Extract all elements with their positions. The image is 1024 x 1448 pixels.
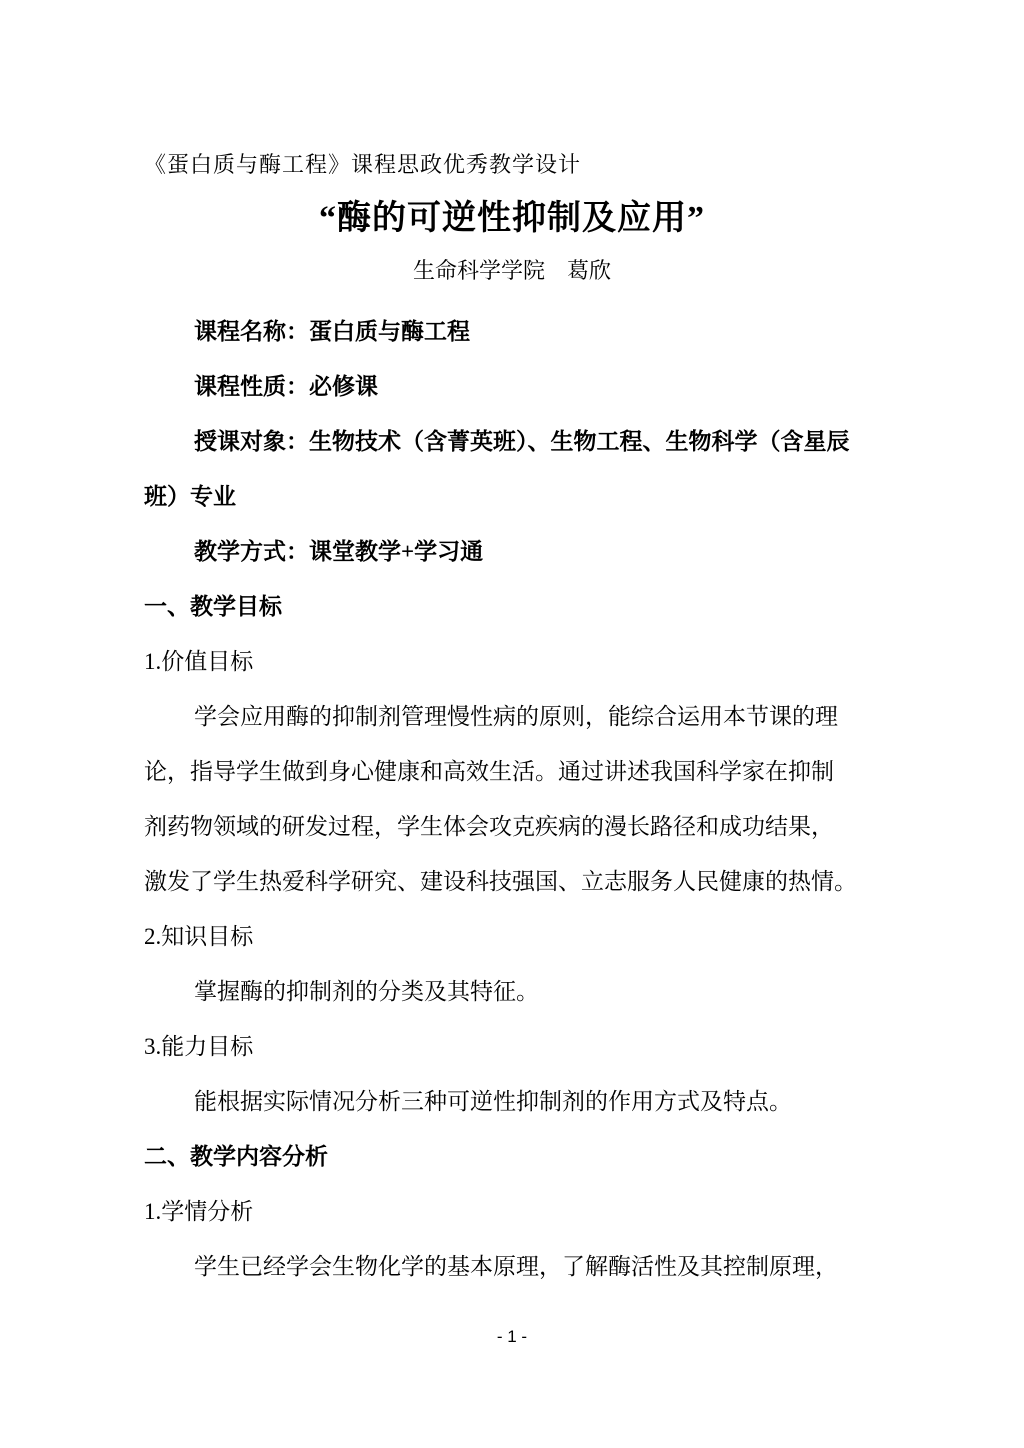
- teaching-method-line: 教学方式：课堂教学+学习通: [144, 524, 880, 579]
- value-goal-para-line-4: 激发了学生热爱科学研究、建设科技强国、立志服务人民健康的热情。: [144, 854, 880, 909]
- knowledge-goal-label: 2.知识目标: [144, 909, 880, 964]
- learning-analysis-label: 1.学情分析: [144, 1184, 880, 1239]
- course-type-line: 课程性质：必修课: [144, 359, 880, 414]
- ability-goal-label: 3.能力目标: [144, 1019, 880, 1074]
- section-2-heading: 二、教学内容分析: [144, 1129, 880, 1184]
- course-name-line: 课程名称：蛋白质与酶工程: [144, 304, 880, 359]
- page-number: - 1 -: [0, 1325, 1024, 1349]
- ability-goal-para: 能根据实际情况分析三种可逆性抑制剂的作用方式及特点。: [144, 1074, 880, 1129]
- document-content: 《蛋白质与酶工程》课程思政优秀教学设计 “酶的可逆性抑制及应用” 生命科学学院 …: [0, 150, 1024, 1294]
- doc-byline: 生命科学学院 葛欣: [144, 256, 880, 286]
- value-goal-para-line-2: 论，指导学生做到身心健康和高效生活。通过讲述我国科学家在抑制: [144, 744, 880, 799]
- section-1-heading: 一、教学目标: [144, 579, 880, 634]
- doc-header-line: 《蛋白质与酶工程》课程思政优秀教学设计: [144, 150, 880, 180]
- doc-title: “酶的可逆性抑制及应用”: [144, 196, 880, 242]
- document-page: 《蛋白质与酶工程》课程思政优秀教学设计 “酶的可逆性抑制及应用” 生命科学学院 …: [0, 0, 1024, 1448]
- audience-line-2: 班）专业: [144, 469, 880, 524]
- audience-line-1: 授课对象：生物技术（含菁英班）、生物工程、生物科学（含星辰: [144, 414, 880, 469]
- knowledge-goal-para: 掌握酶的抑制剂的分类及其特征。: [144, 964, 880, 1019]
- value-goal-para-line-3: 剂药物领域的研发过程，学生体会攻克疾病的漫长路径和成功结果，: [144, 799, 880, 854]
- value-goal-label: 1.价值目标: [144, 634, 880, 689]
- doc-body: 课程名称：蛋白质与酶工程 课程性质：必修课 授课对象：生物技术（含菁英班）、生物…: [144, 304, 880, 1294]
- learning-analysis-para-line-1: 学生已经学会生物化学的基本原理，了解酶活性及其控制原理，: [144, 1239, 880, 1294]
- value-goal-para-line-1: 学会应用酶的抑制剂管理慢性病的原则，能综合运用本节课的理: [144, 689, 880, 744]
